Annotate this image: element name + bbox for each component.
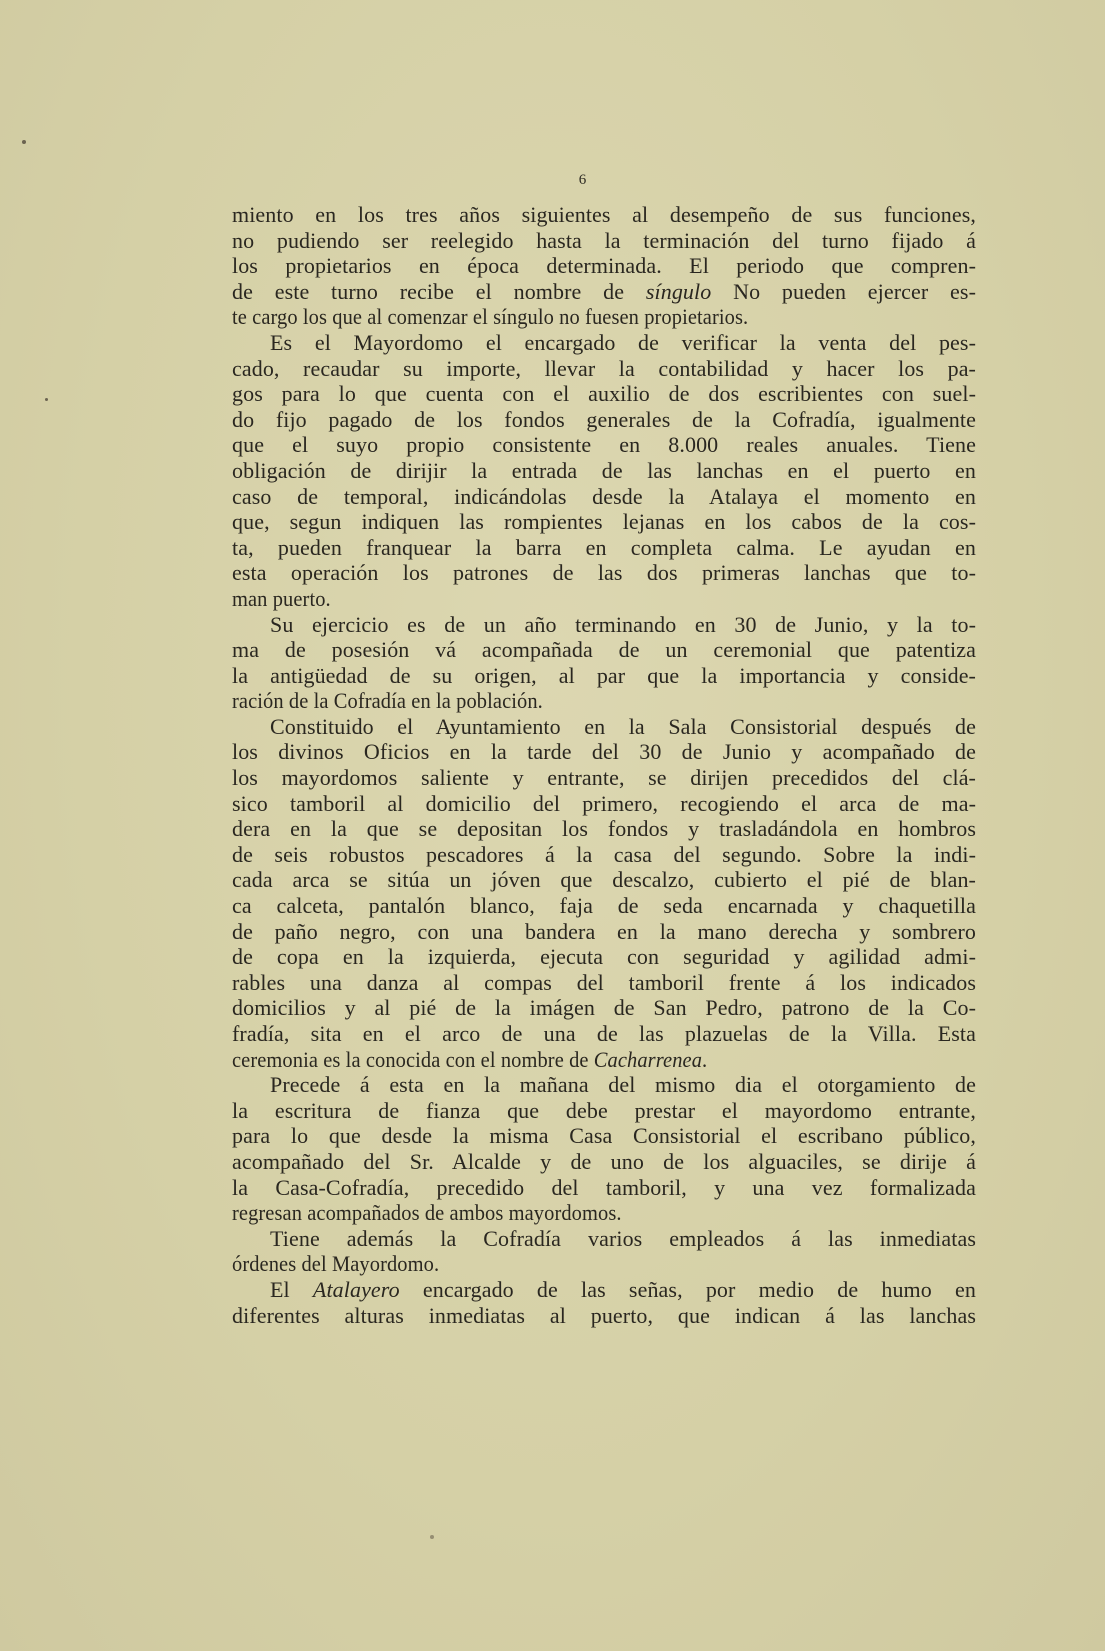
text-line: cada arca se sitúa un jóven que descalzo…	[232, 867, 976, 893]
text-line: los divinos Oficios en la tarde del 30 d…	[232, 739, 976, 765]
italic-term: síngulo	[646, 279, 712, 304]
text-line: cado, recaudar su importe, llevar la con…	[232, 356, 976, 382]
text-line: los propietarios en época determinada. E…	[232, 253, 976, 279]
text-line: órdenes del Mayordomo.	[232, 1251, 924, 1277]
scanned-page: 6 miento en los tres años siguientes al …	[0, 0, 1105, 1651]
text-line: la escritura de fianza que debe prestar …	[232, 1098, 976, 1124]
text-line: ma de posesión vá acompañada de un cerem…	[232, 637, 976, 663]
text-line: ceremonia es la conocida con el nombre d…	[232, 1047, 924, 1073]
text-line: domicilios y al pié de la imágen de San …	[232, 995, 976, 1021]
paragraph-first-line: Su ejercicio es de un año terminando en …	[232, 612, 976, 638]
italic-term: Atalayero	[313, 1277, 400, 1302]
text-line: la Casa-Cofradía, precedido del tamboril…	[232, 1175, 976, 1201]
text-line: ta, pueden franquear la barra en complet…	[232, 535, 976, 561]
text-line: ca calceta, pantalón blanco, faja de sed…	[232, 893, 976, 919]
text-line: diferentes alturas inmediatas al puerto,…	[232, 1303, 976, 1329]
paragraph-first-line: Tiene además la Cofradía varios empleado…	[232, 1226, 976, 1252]
text-line: dera en la que se depositan los fondos y…	[232, 816, 976, 842]
text-line: fradía, sita en el arco de una de las pl…	[232, 1021, 976, 1047]
text-line: de seis robustos pescadores á la casa de…	[232, 842, 976, 868]
text-line: miento en los tres años siguientes al de…	[232, 202, 976, 228]
text-line: caso de temporal, indicándolas desde la …	[232, 484, 976, 510]
text-line: man puerto.	[232, 586, 924, 612]
text-line: de este turno recibe el nombre de síngul…	[232, 279, 976, 305]
text-run: .	[702, 1047, 707, 1072]
text-line: que, segun indiquen las rompientes lejan…	[232, 509, 976, 535]
text-line: acompañado del Sr. Alcalde y de uno de l…	[232, 1149, 976, 1175]
page-number: 6	[30, 172, 1105, 189]
italic-term: Cacharrenea	[594, 1047, 702, 1072]
text-line: gos para lo que cuenta con el auxilio de…	[232, 381, 976, 407]
text-run: ceremonia es la conocida con el nombre d…	[232, 1047, 594, 1072]
text-line: la antigüedad de su origen, al par que l…	[232, 663, 976, 689]
paragraph-first-line: El Atalayero encargado de las señas, por…	[232, 1277, 976, 1303]
text-line: que el suyo propio consistente en 8.000 …	[232, 432, 976, 458]
paragraph-first-line: Constituido el Ayuntamiento en la Sala C…	[232, 714, 976, 740]
text-line: obligación de dirijir la entrada de las …	[232, 458, 976, 484]
paper-speck	[430, 1535, 434, 1539]
text-line: regresan acompañados de ambos mayordomos…	[232, 1200, 924, 1226]
text-line: do fijo pagado de los fondos generales d…	[232, 407, 976, 433]
text-line: esta operación los patrones de las dos p…	[232, 560, 976, 586]
text-line: te cargo los que al comenzar el síngulo …	[232, 304, 924, 330]
text-run: El	[270, 1277, 313, 1302]
text-line: los mayordomos saliente y entrante, se d…	[232, 765, 976, 791]
paragraph-first-line: Es el Mayordomo el encargado de verifica…	[232, 330, 976, 356]
text-line: de copa en la izquierda, ejecuta con seg…	[232, 944, 976, 970]
paper-speck	[45, 398, 48, 401]
text-line: sico tamboril al domicilio del primero, …	[232, 791, 976, 817]
text-line: para lo que desde la misma Casa Consisto…	[232, 1123, 976, 1149]
text-line: ración de la Cofradía en la población.	[232, 688, 924, 714]
text-line: rables una danza al compas del tamboril …	[232, 970, 976, 996]
text-run: No pueden ejercer es-	[711, 279, 976, 304]
text-line: de paño negro, con una bandera en la man…	[232, 919, 976, 945]
paragraph-first-line: Precede á esta en la mañana del mismo di…	[232, 1072, 976, 1098]
text-run: de este turno recibe el nombre de	[232, 279, 646, 304]
text-line: no pudiendo ser reelegido hasta la termi…	[232, 228, 976, 254]
paper-speck	[22, 140, 26, 144]
text-run: encargado de las señas, por medio de hum…	[400, 1277, 976, 1302]
body-text: miento en los tres años siguientes al de…	[232, 202, 976, 1328]
